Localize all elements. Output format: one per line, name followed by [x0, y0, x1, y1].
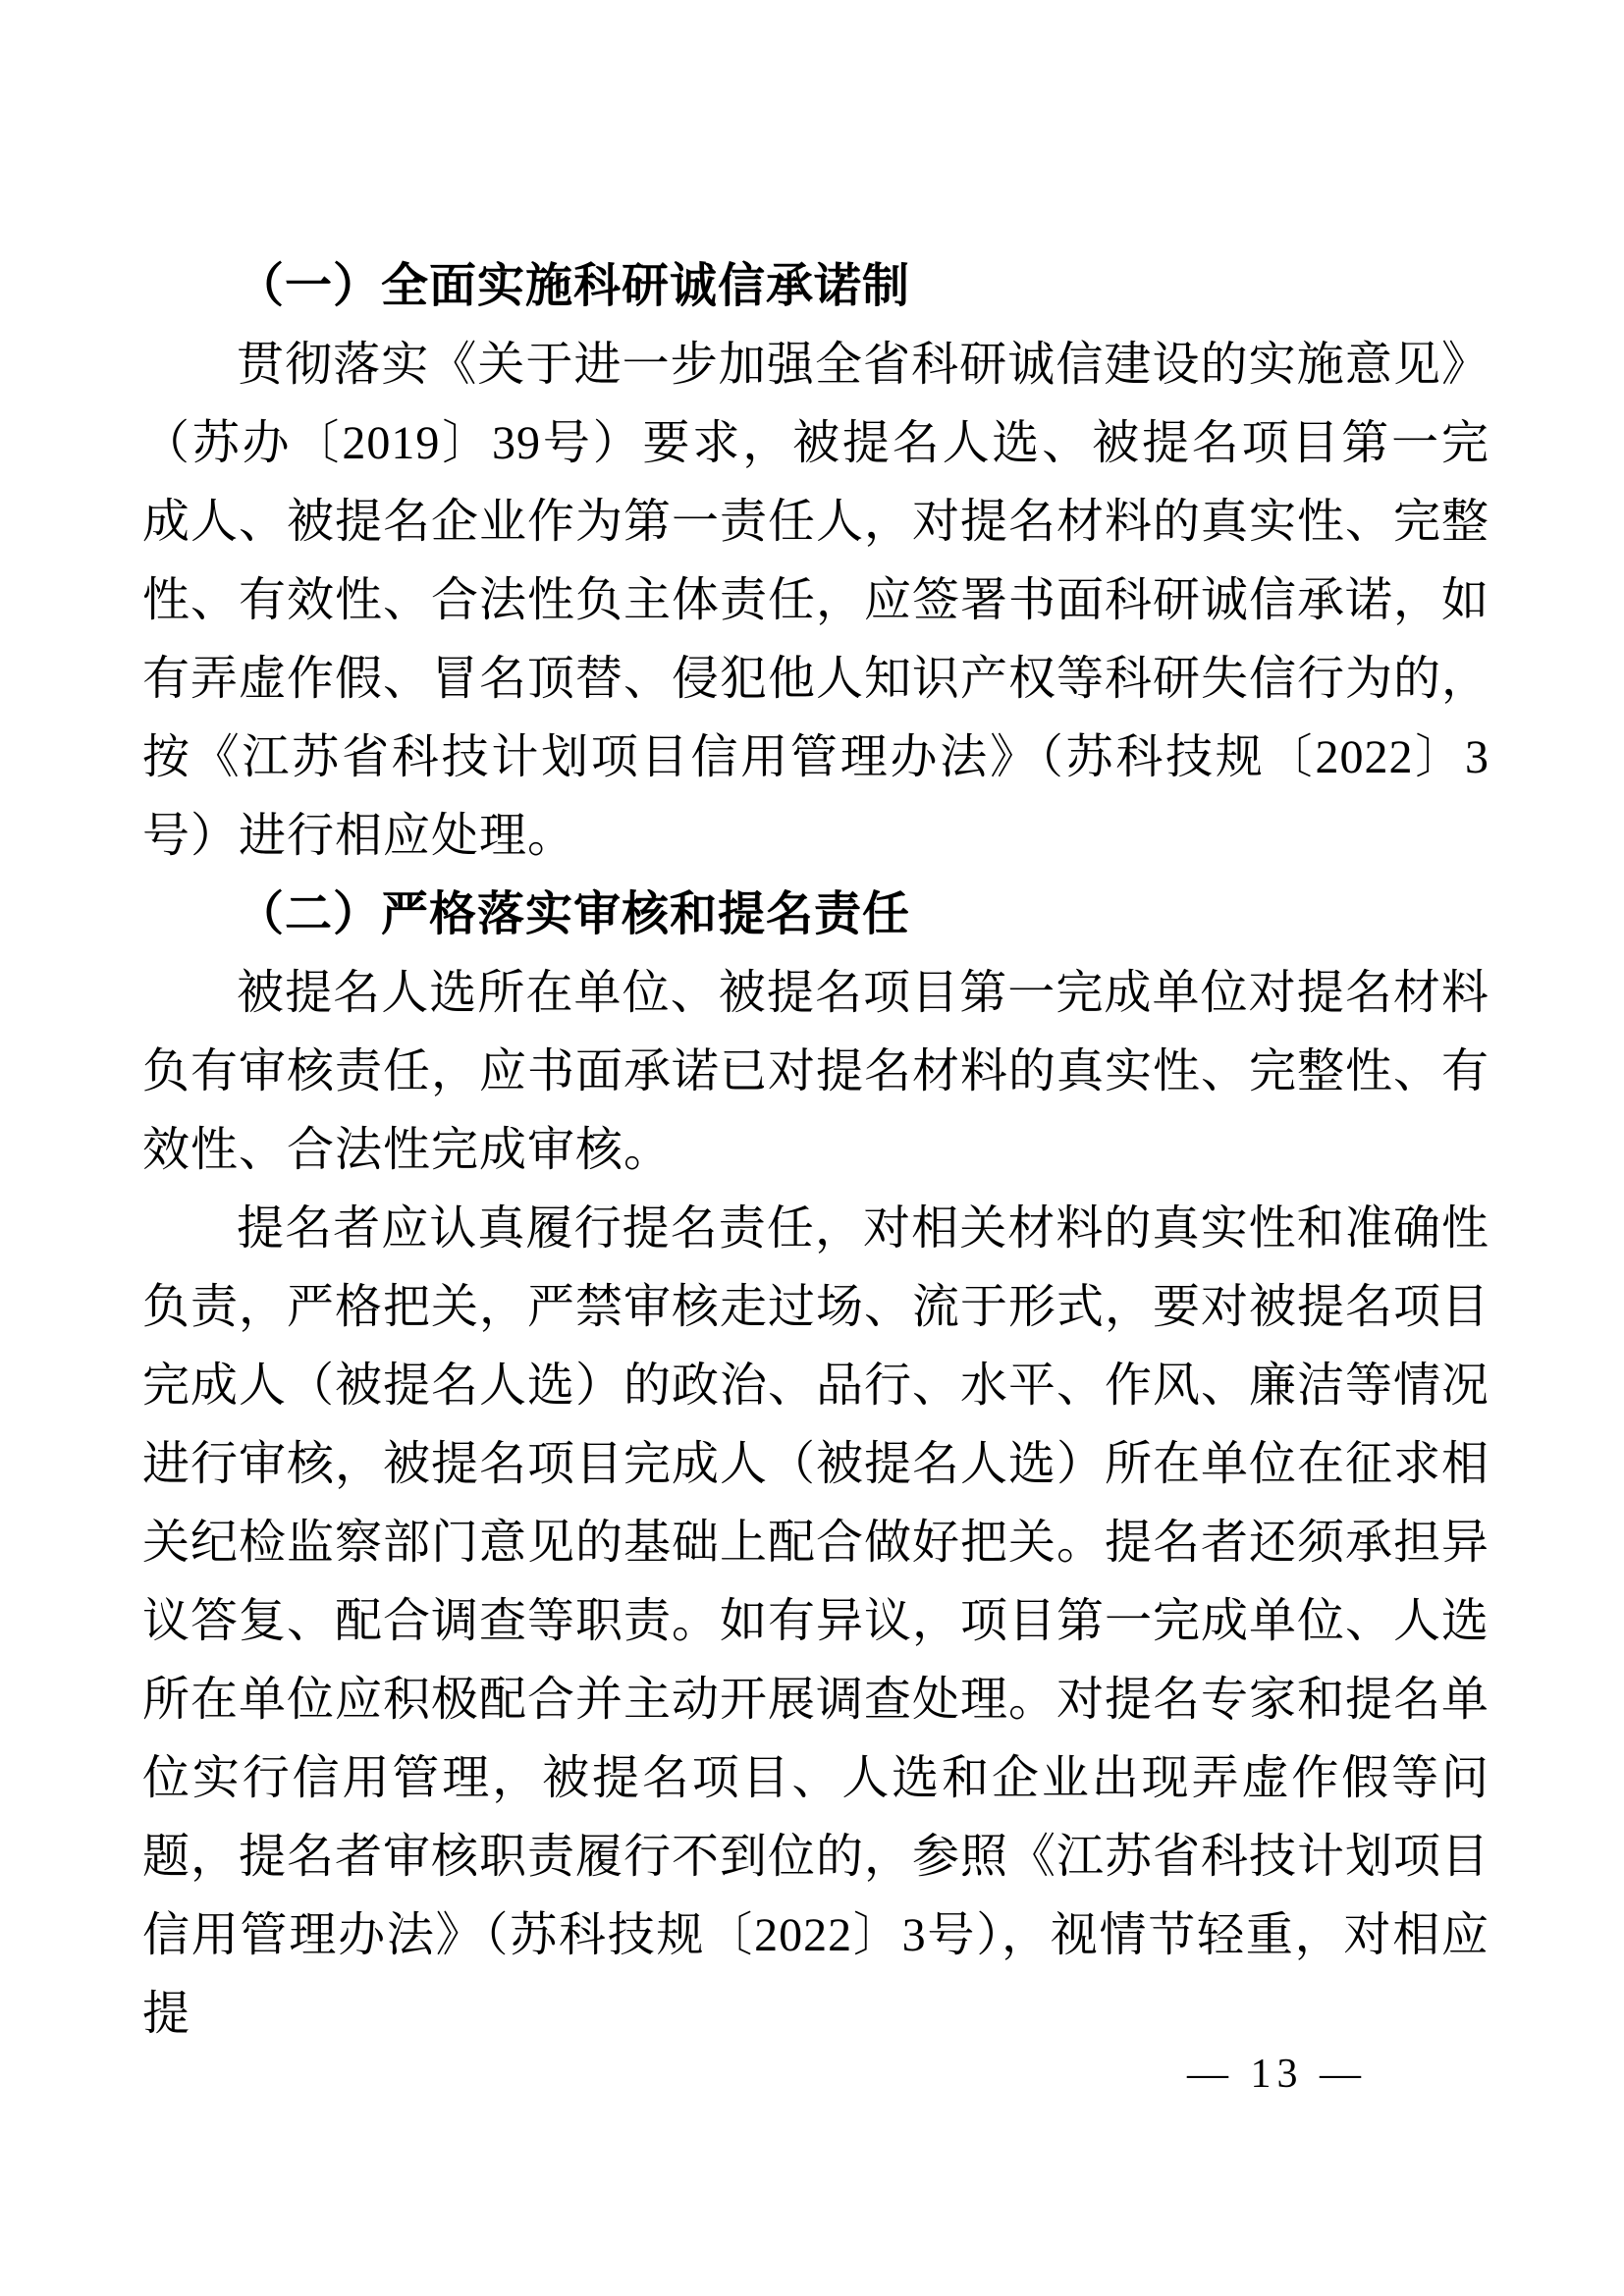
paragraph-1: 贯彻落实《关于进一步加强全省科研诚信建设的实施意见》（苏办〔2019〕39号）要… — [142, 326, 1489, 876]
page-number: — 13 — — [1187, 2045, 1367, 2104]
document-body: （一）全面实施科研诚信承诺制 贯彻落实《关于进一步加强全省科研诚信建设的实施意见… — [142, 247, 1489, 2054]
document-page: （一）全面实施科研诚信承诺制 贯彻落实《关于进一步加强全省科研诚信建设的实施意见… — [0, 0, 1624, 2296]
section-heading-2: （二）严格落实审核和提名责任 — [142, 876, 1489, 954]
paragraph-3: 提名者应认真履行提名责任，对相关材料的真实性和准确性负责，严格把关，严禁审核走过… — [142, 1190, 1489, 2054]
section-heading-1: （一）全面实施科研诚信承诺制 — [142, 247, 1489, 326]
paragraph-2: 被提名人选所在单位、被提名项目第一完成单位对提名材料负有审核责任，应书面承诺已对… — [142, 954, 1489, 1190]
